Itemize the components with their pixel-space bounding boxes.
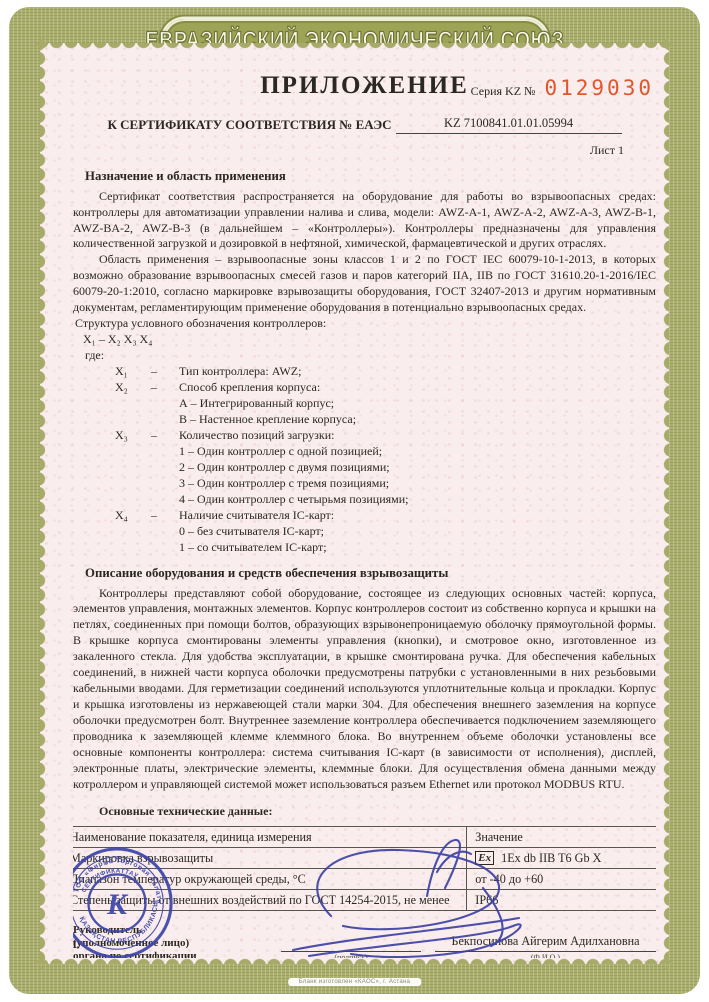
designation-subitem: 2 – Один контроллер с двумя позициями; [179,460,656,476]
section1-paragraph-2: Область применения – взрывоопасные зоны … [73,252,656,316]
signatory-name-col: Бекпосинова Айгерим Адилхановна (Ф.И.О.) [435,933,656,958]
signature-block: М.П. Руководитель (уполномоченное лицо) … [73,924,656,958]
certificate-frame: ЕВРАЗИЙСКИЙ ЭКОНОМИЧЕСКИЙ СОЮЗ ПРИЛОЖЕНИ… [9,7,700,994]
certificate-number: KZ 7100841.01.01.05994 [396,115,622,134]
tech-data-table: Наименование показателя, единица измерен… [73,826,656,911]
designation-subitem: 0 – без считывателя IC-карт; [179,524,656,540]
sheet-number: Лист 1 [73,143,656,159]
page-title: ПРИЛОЖЕНИЕ [260,72,469,99]
table-cell-name: Диапазон температур окружающей среды, °С [73,868,467,889]
signature-line: (подпись) [281,950,421,958]
signatory-name: Бекпосинова Айгерим Адилхановна [435,933,656,949]
series-label: Серия KZ № [471,84,536,100]
designation-item-x2: X₂ – Способ крепления корпуса: [115,380,656,396]
ex-mark-icon: Ex [475,851,494,865]
blank-manufacturer-note: Бланк изготовлен «КАОС», г. Астана [288,978,422,986]
section2-paragraph: Контроллеры представляют собой оборудова… [73,586,656,793]
where-label: где: [85,348,656,364]
signature-caption: (подпись) [281,952,421,958]
table-cell-value: от -40 до +60 [467,868,656,889]
designation-subitem: В – Настенное крепление корпуса; [179,412,656,428]
title-row: ПРИЛОЖЕНИЕ Серия KZ № 0129030 [73,69,656,105]
section2-heading-text: Описание оборудования и средств обеспече… [85,566,448,580]
seal-place-label: М.П. [73,938,79,953]
series-group: Серия KZ № 0129030 [471,75,654,103]
table-cell-name: Маркировка взрывозащиты [73,847,467,868]
certificate-page: ЕВРАЗИЙСКИЙ ЭКОНОМИЧЕСКИЙ СОЮЗ ПРИЛОЖЕНИ… [0,0,709,1002]
table-row: Диапазон температур окружающей среды, °С… [73,868,656,889]
certificate-number-label: К СЕРТИФИКАТУ СООТВЕТСТВИЯ № ЕАЭС [107,116,391,133]
ex-marking-value: 1Ex db IIB T6 Gb X [501,851,601,865]
designation-subitem: А – Интегрированный корпус; [179,396,656,412]
designation-subitem: 4 – Один контроллер с четырьмя позициями… [179,492,656,508]
table-row: Маркировка взрывозащиты Ex1Ex db IIB T6 … [73,847,656,868]
fio-caption: (Ф.И.О.) [435,952,656,958]
structure-formula: X₁ – X₂ X₃ X₄ [83,332,656,348]
table-cell-value: IP66 [467,889,656,910]
designation-item-x1: X₁ – Тип контроллера: AWZ; [115,364,656,380]
section1-number: 1. [73,168,85,185]
series-number: 0129030 [544,75,654,103]
designation-subitem: 1 – со считывателем IC-карт; [179,540,656,556]
designation-subitem: 3 – Один контроллер с тремя позициями; [179,476,656,492]
table-cell-name: Степень защиты от внешних воздействий по… [73,889,467,910]
designation-subitem: 1 – Один контроллер с одной позицией; [179,444,656,460]
signature-row-head: Руководитель (уполномоченное лицо) орган… [73,924,656,958]
structure-intro: Структура условного обозначения контролл… [75,316,656,332]
designation-item-x3: X₃ – Количество позиций загрузки: [115,428,656,444]
section2-heading: 2.Описание оборудования и средств обеспе… [73,565,656,582]
certificate-content: ПРИЛОЖЕНИЕ Серия KZ № 0129030 К СЕРТИФИК… [73,61,656,958]
designation-item-x4: X₄ – Наличие считывателя IC-карт: [115,508,656,524]
certificate-body: ПРИЛОЖЕНИЕ Серия KZ № 0129030 К СЕРТИФИК… [40,43,669,964]
section2-number: 2. [73,565,85,582]
table-row: Степень защиты от внешних воздействий по… [73,889,656,910]
signatory-role: Руководитель (уполномоченное лицо) орган… [73,924,243,958]
section1-heading-text: Назначение и область применения [85,169,286,183]
table-cell-value: Ex1Ex db IIB T6 Gb X [467,847,656,868]
table-col1-header: Наименование показателя, единица измерен… [73,826,467,847]
table-col2-header: Значение [467,826,656,847]
section1-heading: 1.Назначение и область применения [73,168,656,185]
tech-data-heading: Основные технические данные: [73,804,656,820]
table-header-row: Наименование показателя, единица измерен… [73,826,656,847]
section1-paragraph-1: Сертификат соответствия распространяется… [73,189,656,253]
certificate-number-row: К СЕРТИФИКАТУ СООТВЕТСТВИЯ № ЕАЭС KZ 710… [73,115,656,134]
